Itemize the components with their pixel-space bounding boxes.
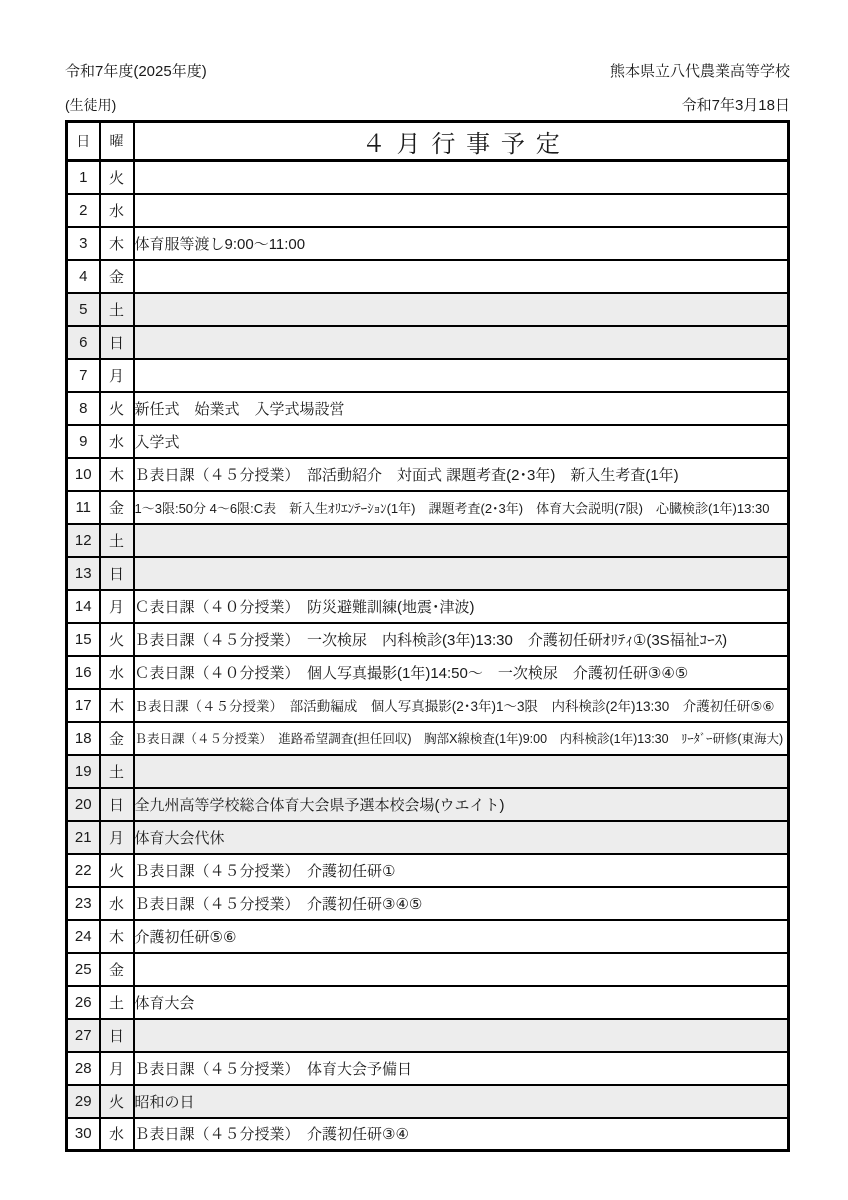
weekday-cell: 日	[100, 788, 134, 821]
event-cell	[134, 524, 789, 557]
weekday-cell: 火	[100, 854, 134, 887]
table-row: 23 水 Ｂ表日課（４５分授業） 介護初任研③④⑤	[67, 887, 789, 920]
weekday-cell: 金	[100, 491, 134, 524]
table-row: 14 月 Ｃ表日課（４０分授業） 防災避難訓練(地震･津波)	[67, 590, 789, 623]
weekday-cell: 水	[100, 887, 134, 920]
header-line-1: 令和7年度(2025年度) 熊本県立八代農業高等学校	[65, 60, 790, 81]
event-cell	[134, 557, 789, 590]
event-cell: Ｂ表日課（４５分授業） 部活動編成 個人写真撮影(2･3年)1～3限 内科検診(…	[134, 689, 789, 722]
table-row: 7 月	[67, 359, 789, 392]
weekday-cell: 土	[100, 986, 134, 1019]
table-row: 26 土 体育大会	[67, 986, 789, 1019]
weekday-cell: 火	[100, 392, 134, 425]
table-row: 15 火 Ｂ表日課（４５分授業） 一次検尿 内科検診(3年)13:30 介護初任…	[67, 623, 789, 656]
weekday-cell: 水	[100, 425, 134, 458]
weekday-cell: 土	[100, 293, 134, 326]
event-cell	[134, 1019, 789, 1052]
event-cell	[134, 293, 789, 326]
table-row: 6 日	[67, 326, 789, 359]
event-cell	[134, 161, 789, 194]
weekday-cell: 金	[100, 722, 134, 755]
day-cell: 18	[67, 722, 100, 755]
event-cell: Ｂ表日課（４５分授業） 介護初任研③④⑤	[134, 887, 789, 920]
table-row: 4 金	[67, 260, 789, 293]
event-cell: Ｂ表日課（４５分授業） 介護初任研③④	[134, 1118, 789, 1151]
audience-label: (生徒用)	[65, 95, 116, 115]
table-row: 28 月 Ｂ表日課（４５分授業） 体育大会予備日	[67, 1052, 789, 1085]
day-cell: 23	[67, 887, 100, 920]
table-row: 11 金 1～3限:50分 4～6限:C表 新入生ｵﾘｴﾝﾃｰｼｮﾝ(1年) 課…	[67, 491, 789, 524]
schedule-title: ４月行事予定	[134, 122, 789, 161]
table-row: 22 火 Ｂ表日課（４５分授業） 介護初任研①	[67, 854, 789, 887]
weekday-cell: 木	[100, 458, 134, 491]
table-row: 9 水 入学式	[67, 425, 789, 458]
weekday-cell: 水	[100, 656, 134, 689]
weekday-cell: 火	[100, 161, 134, 194]
header-line-2: (生徒用) 令和7年3月18日	[65, 94, 790, 115]
weekday-cell: 月	[100, 590, 134, 623]
day-cell: 1	[67, 161, 100, 194]
event-cell: 介護初任研⑤⑥	[134, 920, 789, 953]
weekday-cell: 火	[100, 1085, 134, 1118]
table-row: 27 日	[67, 1019, 789, 1052]
day-cell: 19	[67, 755, 100, 788]
event-cell: 全九州高等学校総合体育大会県予選本校会場(ウエイト)	[134, 788, 789, 821]
day-cell: 7	[67, 359, 100, 392]
event-cell: 入学式	[134, 425, 789, 458]
event-cell	[134, 359, 789, 392]
day-cell: 13	[67, 557, 100, 590]
day-cell: 26	[67, 986, 100, 1019]
day-cell: 20	[67, 788, 100, 821]
table-row: 19 土	[67, 755, 789, 788]
weekday-cell: 水	[100, 194, 134, 227]
weekday-cell: 木	[100, 920, 134, 953]
event-cell: Ｂ表日課（４５分授業） 介護初任研①	[134, 854, 789, 887]
event-cell	[134, 755, 789, 788]
weekday-cell: 火	[100, 623, 134, 656]
table-row: 2 水	[67, 194, 789, 227]
event-cell: 昭和の日	[134, 1085, 789, 1118]
weekday-cell: 土	[100, 524, 134, 557]
table-row: 21 月 体育大会代休	[67, 821, 789, 854]
table-row: 5 土	[67, 293, 789, 326]
event-cell: Ｃ表日課（４０分授業） 防災避難訓練(地震･津波)	[134, 590, 789, 623]
day-cell: 28	[67, 1052, 100, 1085]
table-row: 1 火	[67, 161, 789, 194]
fiscal-year-label: 令和7年度(2025年度)	[65, 60, 207, 81]
weekday-cell: 月	[100, 1052, 134, 1085]
issue-date-label: 令和7年3月18日	[682, 94, 790, 115]
day-cell: 30	[67, 1118, 100, 1151]
april-schedule-table: 日 曜 ４月行事予定 1 火 2 水 3 木 体育服等渡し9:00～11:00 …	[65, 120, 790, 1152]
weekday-cell: 金	[100, 953, 134, 986]
weekday-cell: 日	[100, 326, 134, 359]
table-row: 25 金	[67, 953, 789, 986]
document-header: 令和7年度(2025年度) 熊本県立八代農業高等学校 (生徒用) 令和7年3月1…	[65, 60, 790, 115]
table-row: 16 水 Ｃ表日課（４０分授業） 個人写真撮影(1年)14:50～ 一次検尿 介…	[67, 656, 789, 689]
day-cell: 5	[67, 293, 100, 326]
table-header-row: 日 曜 ４月行事予定	[67, 122, 789, 161]
event-cell: 体育服等渡し9:00～11:00	[134, 227, 789, 260]
table-row: 18 金 Ｂ表日課（４５分授業） 進路希望調査(担任回収) 胸部X線検査(1年)…	[67, 722, 789, 755]
event-cell	[134, 260, 789, 293]
day-cell: 22	[67, 854, 100, 887]
event-cell: 体育大会代休	[134, 821, 789, 854]
day-cell: 14	[67, 590, 100, 623]
day-cell: 2	[67, 194, 100, 227]
day-column-header: 日	[67, 122, 100, 161]
day-cell: 24	[67, 920, 100, 953]
weekday-cell: 金	[100, 260, 134, 293]
day-cell: 27	[67, 1019, 100, 1052]
day-cell: 4	[67, 260, 100, 293]
table-row: 17 木 Ｂ表日課（４５分授業） 部活動編成 個人写真撮影(2･3年)1～3限 …	[67, 689, 789, 722]
weekday-column-header: 曜	[100, 122, 134, 161]
table-row: 13 日	[67, 557, 789, 590]
day-cell: 9	[67, 425, 100, 458]
day-cell: 8	[67, 392, 100, 425]
weekday-cell: 土	[100, 755, 134, 788]
event-cell: 新任式 始業式 入学式場設営	[134, 392, 789, 425]
table-row: 30 水 Ｂ表日課（４５分授業） 介護初任研③④	[67, 1118, 789, 1151]
day-cell: 6	[67, 326, 100, 359]
event-cell: Ｂ表日課（４５分授業） 体育大会予備日	[134, 1052, 789, 1085]
weekday-cell: 水	[100, 1118, 134, 1151]
table-body: 1 火 2 水 3 木 体育服等渡し9:00～11:00 4 金 5 土 6	[67, 161, 789, 1151]
school-name-label: 熊本県立八代農業高等学校	[610, 60, 790, 81]
event-cell: Ｂ表日課（４５分授業） 進路希望調査(担任回収) 胸部X線検査(1年)9:00 …	[134, 722, 789, 755]
day-cell: 15	[67, 623, 100, 656]
table-row: 20 日 全九州高等学校総合体育大会県予選本校会場(ウエイト)	[67, 788, 789, 821]
table-row: 8 火 新任式 始業式 入学式場設営	[67, 392, 789, 425]
day-cell: 16	[67, 656, 100, 689]
weekday-cell: 日	[100, 557, 134, 590]
weekday-cell: 月	[100, 359, 134, 392]
event-cell	[134, 194, 789, 227]
schedule-page: 令和7年度(2025年度) 熊本県立八代農業高等学校 (生徒用) 令和7年3月1…	[0, 0, 848, 1200]
event-cell	[134, 953, 789, 986]
table-row: 3 木 体育服等渡し9:00～11:00	[67, 227, 789, 260]
weekday-cell: 月	[100, 821, 134, 854]
day-cell: 12	[67, 524, 100, 557]
event-cell: Ｃ表日課（４０分授業） 個人写真撮影(1年)14:50～ 一次検尿 介護初任研③…	[134, 656, 789, 689]
event-cell: 1～3限:50分 4～6限:C表 新入生ｵﾘｴﾝﾃｰｼｮﾝ(1年) 課題考査(2…	[134, 491, 789, 524]
day-cell: 29	[67, 1085, 100, 1118]
day-cell: 11	[67, 491, 100, 524]
event-cell: 体育大会	[134, 986, 789, 1019]
table-row: 29 火 昭和の日	[67, 1085, 789, 1118]
day-cell: 10	[67, 458, 100, 491]
event-cell	[134, 326, 789, 359]
table-row: 12 土	[67, 524, 789, 557]
weekday-cell: 木	[100, 227, 134, 260]
event-cell: Ｂ表日課（４５分授業） 部活動紹介 対面式 課題考査(2･3年) 新入生考査(1…	[134, 458, 789, 491]
weekday-cell: 木	[100, 689, 134, 722]
table-row: 10 木 Ｂ表日課（４５分授業） 部活動紹介 対面式 課題考査(2･3年) 新入…	[67, 458, 789, 491]
day-cell: 3	[67, 227, 100, 260]
weekday-cell: 日	[100, 1019, 134, 1052]
table-row: 24 木 介護初任研⑤⑥	[67, 920, 789, 953]
day-cell: 25	[67, 953, 100, 986]
event-cell: Ｂ表日課（４５分授業） 一次検尿 内科検診(3年)13:30 介護初任研ｵﾘﾃｨ…	[134, 623, 789, 656]
day-cell: 17	[67, 689, 100, 722]
day-cell: 21	[67, 821, 100, 854]
